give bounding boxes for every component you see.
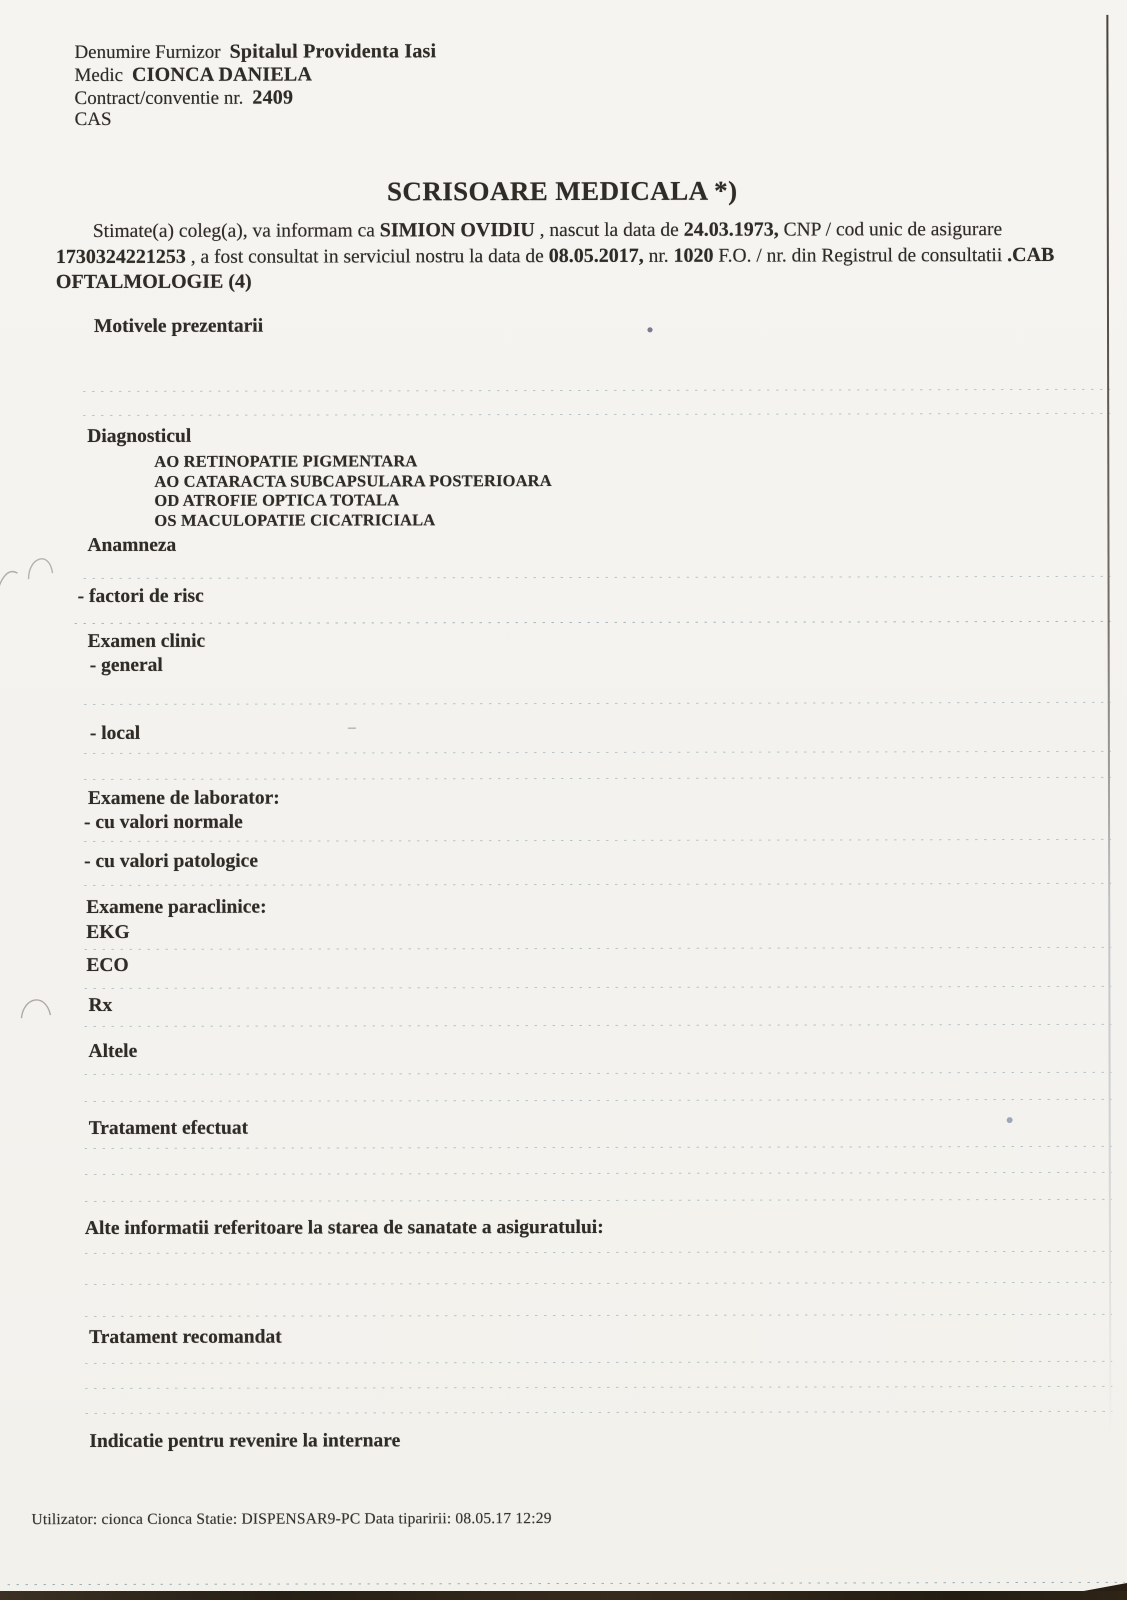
birth-date: 24.03.1973, (684, 219, 779, 241)
dotted-line (84, 702, 1111, 705)
section-general: - general (90, 655, 163, 677)
page-title: SCRISOARE MEDICALA *) (0, 175, 1126, 208)
section-indicatie-revenire: Indicatie pentru revenire la internare (89, 1430, 400, 1453)
section-valori-patologice: - cu valori patologice (84, 851, 258, 873)
dotted-line (85, 1099, 1112, 1102)
consult-date: 08.05.2017, (549, 244, 644, 266)
dotted-line (85, 1172, 1112, 1175)
provider-label: Denumire Furnizor (74, 42, 220, 63)
patient-name: SIMION OVIDIU (380, 219, 535, 241)
section-examene-laborator: Examene de laborator: (88, 788, 280, 810)
section-tratament-efectuat: Tratament efectuat (89, 1118, 248, 1140)
section-eco: ECO (86, 955, 128, 977)
section-altele: Altele (89, 1041, 138, 1063)
dotted-line (85, 1072, 1112, 1075)
scan-speck (647, 327, 652, 332)
dotted-line (83, 413, 1110, 416)
diagnosis-list: AO RETINOPATIE PIGMENTARA AO CATARACTA S… (154, 451, 552, 530)
scan-speck (1007, 1117, 1013, 1123)
dotted-line (84, 576, 1111, 579)
section-diagnosticul: Diagnosticul (87, 426, 191, 448)
diagnosis-item: OD ATROFIE OPTICA TOTALA (154, 490, 552, 510)
dotted-line (84, 777, 1111, 780)
diagnosis-item: AO RETINOPATIE PIGMENTARA (154, 451, 552, 471)
dotted-line (85, 1199, 1112, 1202)
diagnosis-item: AO CATARACTA SUBCAPSULARA POSTERIOARA (154, 471, 552, 491)
dotted-line (84, 1024, 1111, 1027)
dotted-line (8, 1582, 1125, 1585)
intro-paragraph: Stimate(a) coleg(a), va informam ca SIMI… (56, 217, 1070, 296)
section-anamneza: Anamneza (87, 535, 176, 557)
dotted-line (84, 986, 1111, 989)
scan-arc (0, 572, 18, 600)
medic-label: Medic (74, 65, 123, 86)
intro-after-cnp: , a fost consultat in serviciul nostru l… (186, 246, 549, 268)
medic-value: CIONCA DANIELA (132, 64, 312, 86)
provider-value: Spitalul Providenta Iasi (230, 40, 437, 62)
fo-number: 1020 (673, 244, 713, 266)
contract-label: Contract/conventie nr. (75, 88, 244, 109)
dotted-line (85, 1361, 1112, 1364)
scan-edge-line (1106, 15, 1111, 1445)
dotted-line (84, 839, 1111, 842)
cnp-value: 1730324221253 (56, 245, 186, 267)
diagnosis-item: OS MACULOPATIE CICATRICIALA (154, 510, 552, 530)
dotted-line (85, 1251, 1112, 1254)
scan-speck (348, 727, 356, 729)
dotted-line (85, 1314, 1112, 1317)
intro-after-name: , nascut la data de (535, 220, 684, 241)
scan-arc (21, 1000, 50, 1018)
scan-bottom-strip (0, 1591, 1127, 1600)
cas-row: CAS (75, 109, 112, 131)
section-examene-paraclinice: Examene paraclinice: (86, 897, 266, 919)
intro-after-fo: F.O. / nr. din Registrul de consultatii (713, 245, 1007, 267)
section-ekg: EKG (86, 922, 129, 944)
footer-print-info: Utilizator: cionca Cionca Statie: DISPEN… (31, 1510, 551, 1529)
section-examen-clinic: Examen clinic (88, 631, 206, 653)
dotted-line (85, 1146, 1112, 1149)
section-factori-de-risc: - factori de risc (78, 586, 204, 608)
dotted-line (75, 621, 1111, 624)
dotted-line (85, 1282, 1112, 1285)
cas-label: CAS (75, 109, 112, 130)
scanned-medical-letter: Denumire FurnizorSpitalul Providenta Ias… (0, 0, 1127, 1600)
contract-value: 2409 (252, 87, 293, 109)
section-alte-informatii: Alte informatii referitoare la starea de… (85, 1217, 604, 1240)
dotted-line (83, 389, 1110, 392)
dotted-line (85, 1411, 1112, 1414)
cnp-label: CNP / cod unic de asigurare (779, 219, 1003, 240)
section-valori-normale: - cu valori normale (84, 812, 243, 834)
section-local: - local (90, 723, 140, 745)
section-rx: Rx (88, 995, 112, 1017)
intro-lead: Stimate(a) coleg(a), va informam ca (93, 220, 380, 242)
dotted-line (84, 947, 1111, 950)
scan-arc (28, 559, 52, 579)
provider-row: Denumire FurnizorSpitalul Providenta Ias… (74, 40, 436, 64)
dotted-line (84, 883, 1111, 886)
section-tratament-recomandat: Tratament recomandat (89, 1327, 282, 1349)
medic-row: MedicCIONCA DANIELA (74, 64, 312, 87)
dotted-line (84, 751, 1111, 754)
contract-row: Contract/conventie nr.2409 (75, 87, 294, 110)
dotted-line (85, 1386, 1112, 1389)
nr-label: nr. (644, 245, 674, 266)
section-motivele-prezentarii: Motivele prezentarii (94, 316, 263, 338)
